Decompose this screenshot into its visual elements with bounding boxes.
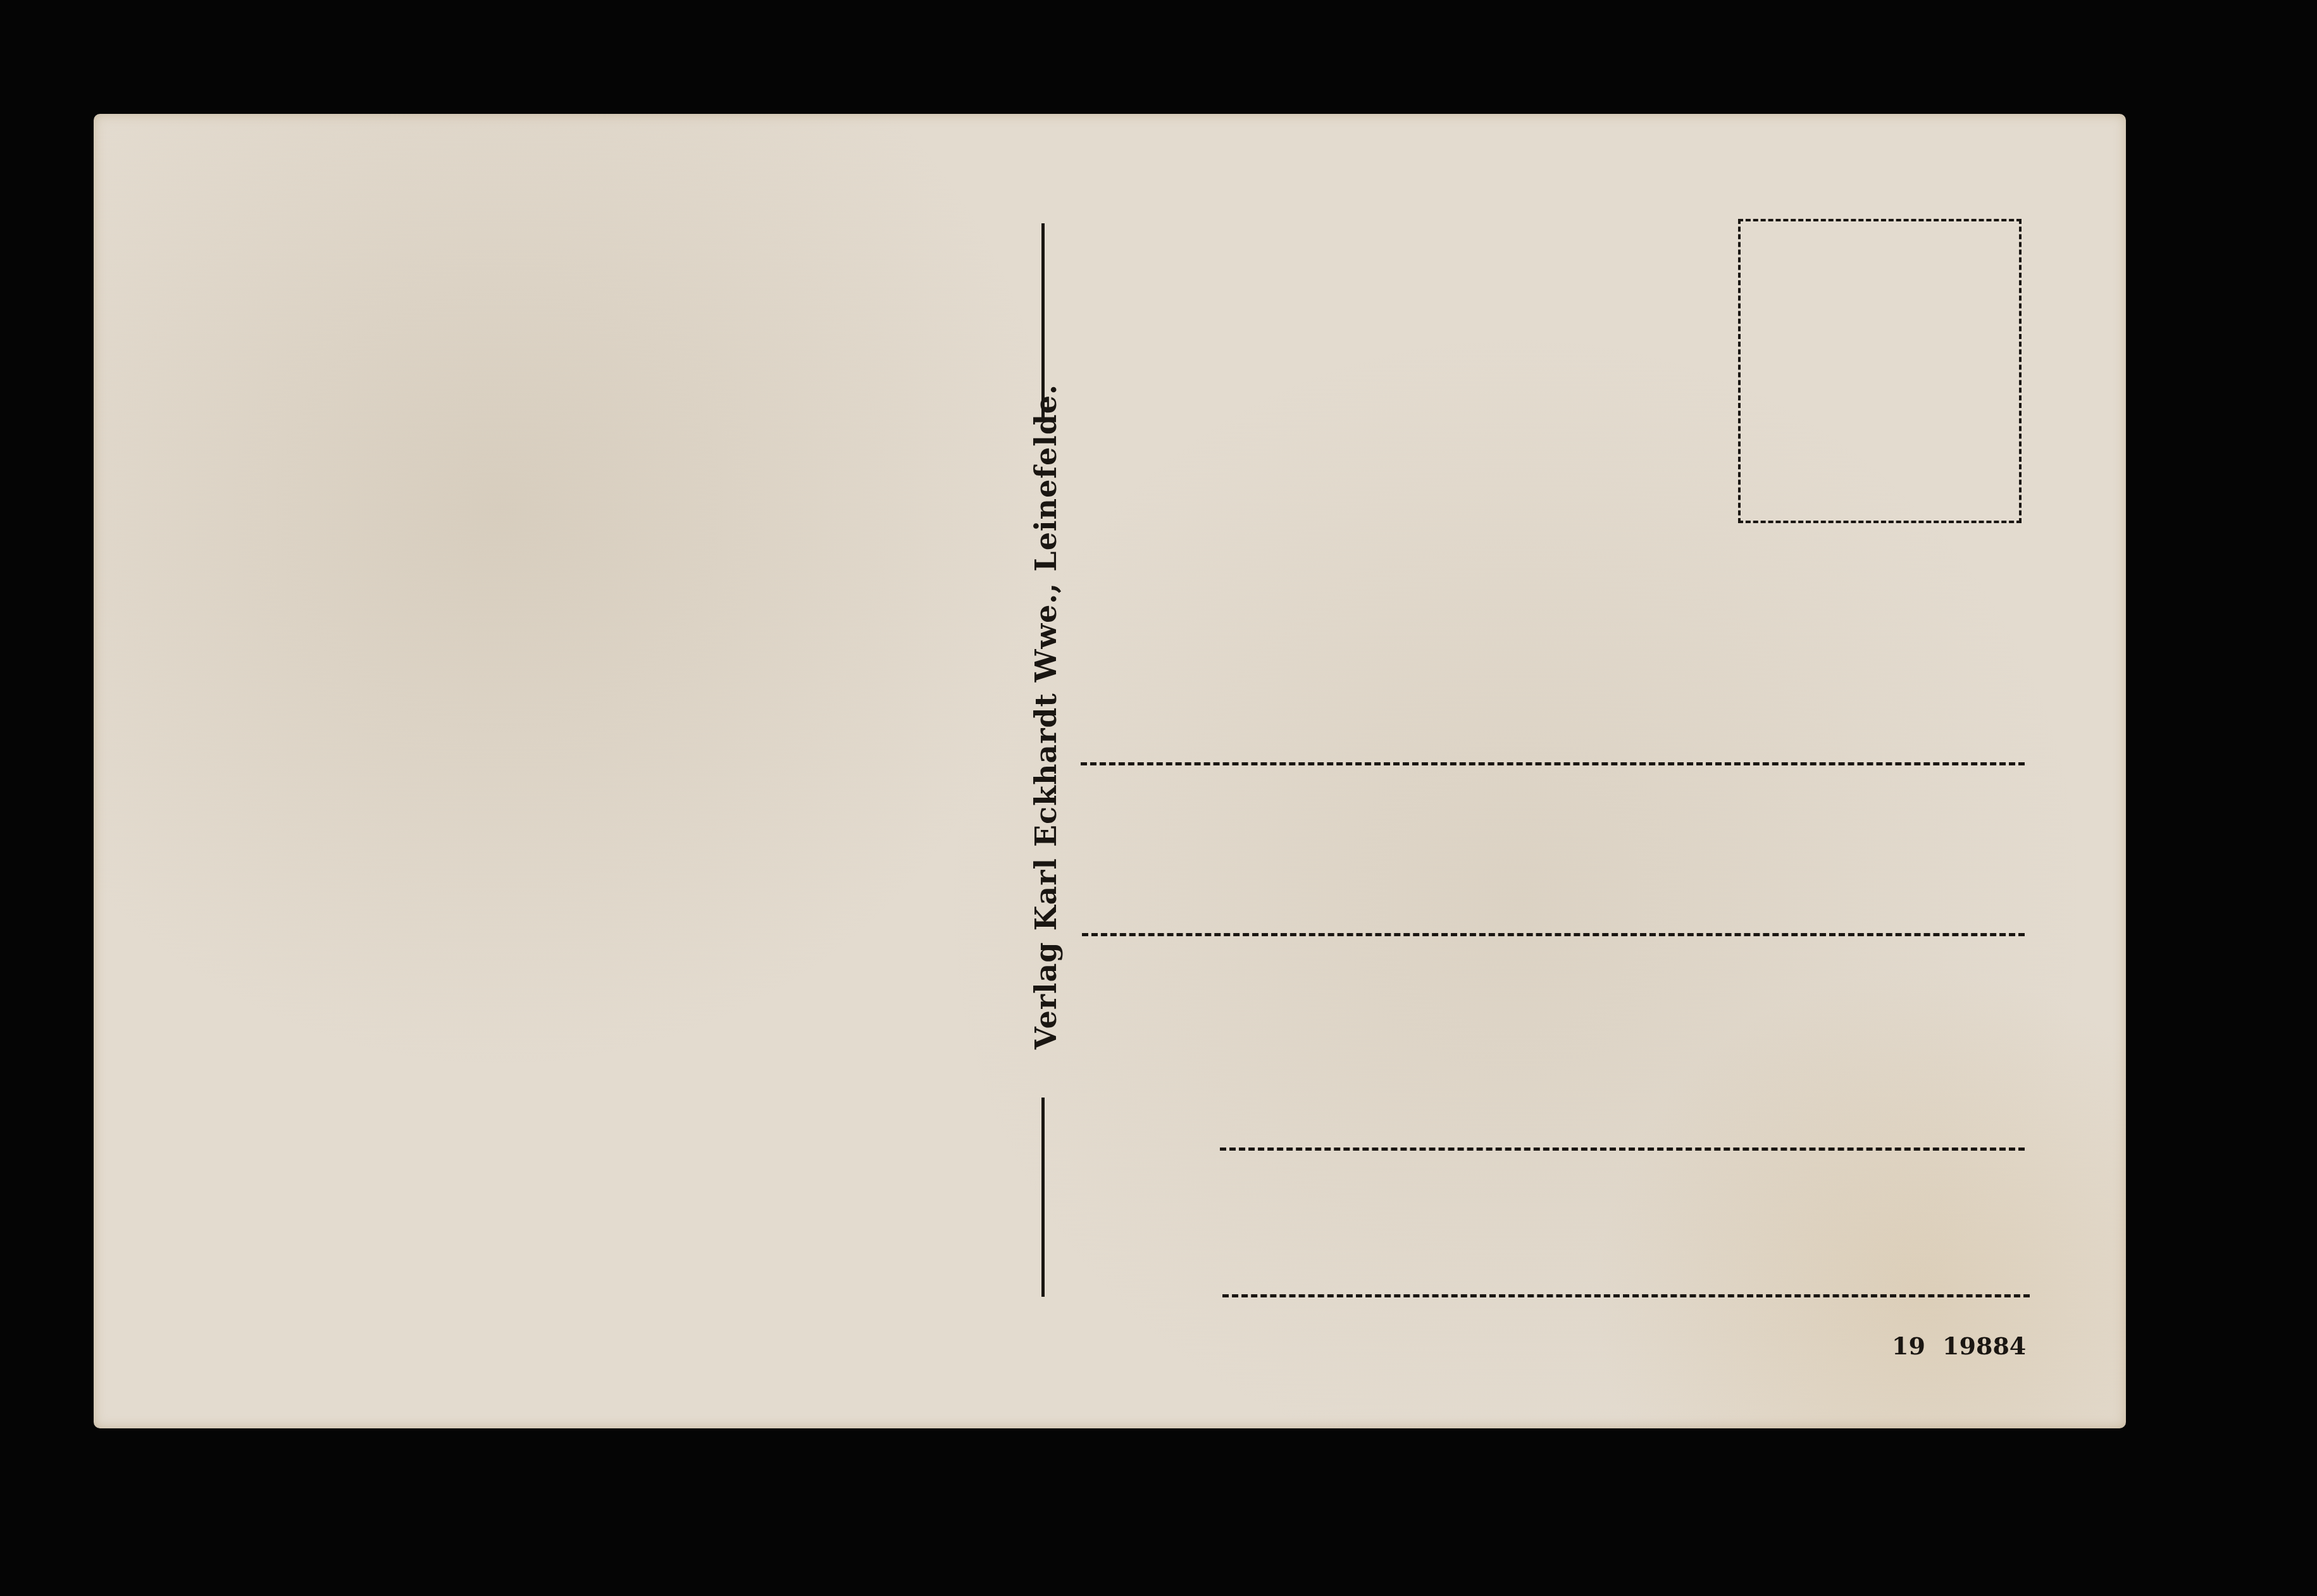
address-line-1 — [1081, 762, 2025, 765]
stamp-box — [1738, 219, 2022, 523]
address-line-2 — [1082, 933, 2025, 936]
divider-rule-bottom — [1041, 1098, 1045, 1297]
serial-number: 19 19884 — [1892, 1332, 2026, 1360]
publisher-imprint: Verlag Karl Eckhardt Wwe., Leinefelde. — [1029, 384, 1063, 1049]
address-line-4 — [1222, 1294, 2030, 1297]
address-line-3 — [1220, 1148, 2025, 1151]
